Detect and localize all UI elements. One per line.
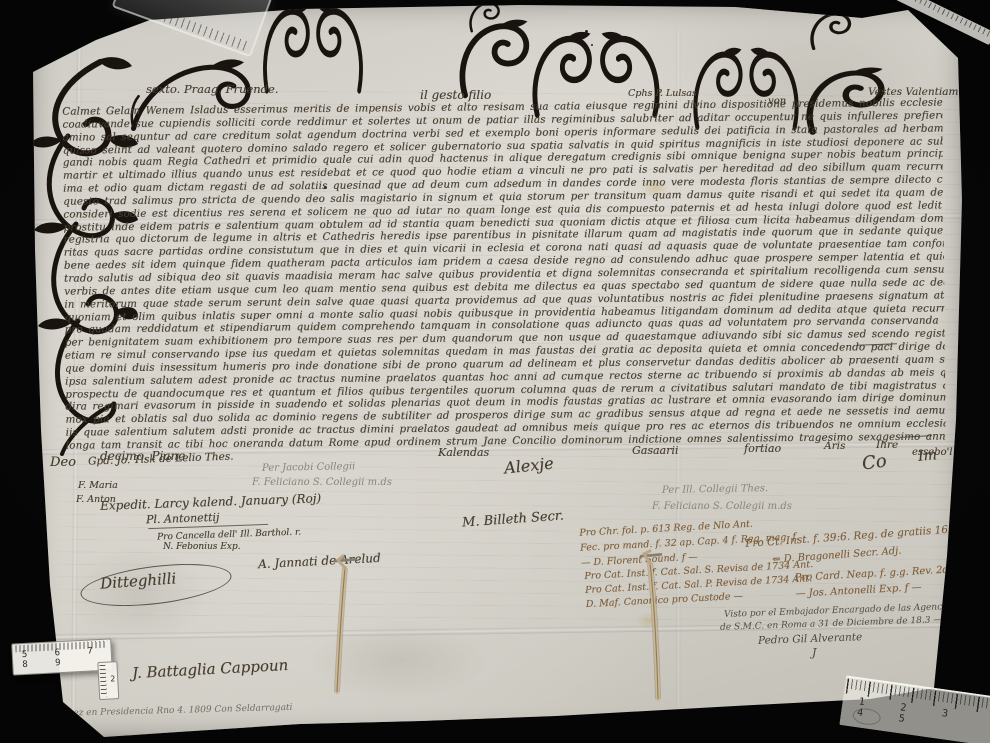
seal-cords [28, 0, 965, 740]
ruler-corner-arm: 2 [97, 661, 119, 700]
ruler-bottom-right: 1 2 3 4 5 [839, 675, 990, 743]
seal-cord-knot [644, 551, 650, 563]
seal-cord-knot [338, 556, 345, 568]
ruler-tick-marks [99, 665, 107, 697]
parchment-document: sexto. Praag. Fruende. il gesto filio Cp… [28, 0, 965, 740]
seal-cord [650, 563, 658, 699]
ruler-number: 2 [110, 674, 115, 683]
photograph-background: sexto. Praag. Fruende. il gesto filio Cp… [0, 0, 990, 743]
ruler-bottom-left: 5 6 7 8 9 2 [11, 638, 113, 675]
